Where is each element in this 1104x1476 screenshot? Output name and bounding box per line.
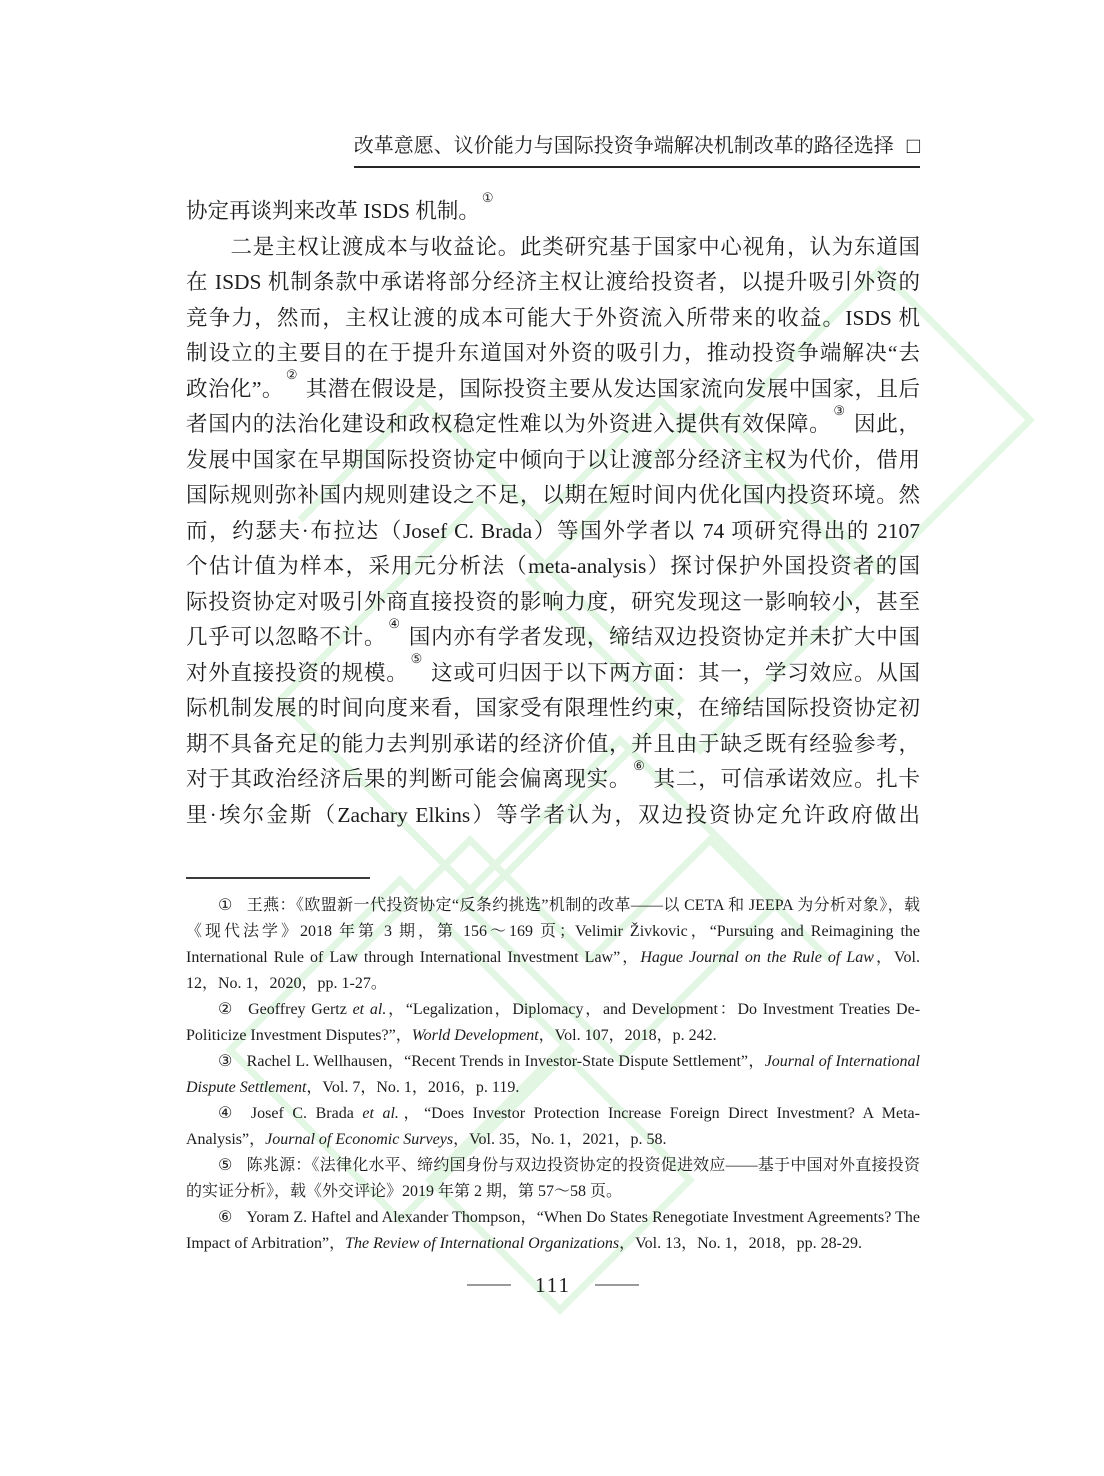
footnote-text-segment: ，Vol. 13，No. 1，2018，pp. 28-29.	[619, 1235, 862, 1252]
footnotes: ①王燕：《欧盟新一代投资协定“反条约挑选”机制的改革——以 CETA 和 JEE…	[186, 893, 920, 1257]
footnote-text-segment: ，Vol. 35，No. 1，2021，p. 58.	[453, 1131, 667, 1148]
footer-dash-right	[595, 1284, 639, 1286]
page-number: 111	[535, 1273, 571, 1297]
body-line: 者国内的法治化建设和政权稳定性难以为外资进入提供有效保障。③ 因此，	[186, 407, 920, 443]
footnote-text-segment: World Development	[412, 1027, 539, 1044]
footnote-ref-superscript: ③	[833, 403, 845, 418]
footnote-number: ⑥	[218, 1209, 232, 1226]
footnote-text-segment: Hague Journal on the Rule of Law	[640, 949, 874, 966]
body-line: 二是主权让渡成本与收益论。此类研究基于国家中心视角，认为东道国	[186, 230, 920, 266]
footer-dash-left	[467, 1284, 511, 1286]
body-line: 际投资协定对吸引外商直接投资的影响力度，研究发现这一影响较小，甚至	[186, 585, 920, 621]
footnote: ⑥Yoram Z. Haftel and Alexander Thompson，…	[186, 1205, 920, 1257]
footnote-number: ④	[218, 1105, 237, 1122]
running-head-rule: 改革意愿、议价能力与国际投资争端解决机制改革的路径选择 □	[354, 132, 920, 168]
body-line: 期不具备充足的能力去判别承诺的经济价值，并且由于缺乏既有经验参考，	[186, 727, 920, 763]
running-head-title: 改革意愿、议价能力与国际投资争端解决机制改革的路径选择	[354, 135, 894, 157]
footnote: ③Rachel L. Wellhausen，“Recent Trends in …	[186, 1049, 920, 1101]
body-line: 竞争力，然而，主权让渡的成本可能大于外资流入所带来的收益。ISDS 机	[186, 301, 920, 337]
footnote-text-segment: 陈兆源：《法律化水平、缔约国身份与双边投资协定的投资促进效应——基于中国对外直接…	[186, 1157, 920, 1200]
footnote-number: ②	[218, 1001, 234, 1018]
footnote-text-segment: Josef C. Brada	[251, 1105, 362, 1122]
footnote: ⑤陈兆源：《法律化水平、缔约国身份与双边投资协定的投资促进效应——基于中国对外直…	[186, 1153, 920, 1205]
body-text: 协定再谈判来改革 ISDS 机制。① 二是主权让渡成本与收益论。此类研究基于国家…	[186, 194, 920, 833]
footnote-ref-superscript: ⑥	[633, 758, 645, 773]
footnote-separator-rule	[186, 877, 370, 879]
body-line: 协定再谈判来改革 ISDS 机制。①	[186, 194, 920, 230]
body-line: 个估计值为样本，采用元分析法（meta-analysis）探讨保护外国投资者的国	[186, 549, 920, 585]
footnote-text-segment: Journal of Economic Surveys	[265, 1131, 453, 1148]
body-line: 国际规则弥补国内规则建设之不足，以期在短时间内优化国内投资环境。然	[186, 478, 920, 514]
document-page: 改革意愿、议价能力与国际投资争端解决机制改革的路径选择 □ 协定再谈判来改革 I…	[0, 0, 1104, 1476]
footnote-text-segment: ，Vol. 7，No. 1，2016，p. 119.	[306, 1079, 519, 1096]
footnote-number: ⑤	[218, 1157, 233, 1174]
body-line: 里·埃尔金斯（Zachary Elkins）等学者认为，双边投资协定允许政府做出	[186, 798, 920, 834]
footnote-text-segment: et al.	[362, 1105, 399, 1122]
page-footer: 111	[186, 1273, 920, 1298]
footnote-number: ③	[218, 1053, 233, 1070]
footnote-text-segment: Rachel L. Wellhausen，“Recent Trends in I…	[247, 1053, 765, 1070]
body-line: 际机制发展的时间向度来看，国家受有限理性约束，在缔结国际投资协定初	[186, 691, 920, 727]
footnote: ②Geoffrey Gertz et al.，“Legalization，Dip…	[186, 997, 920, 1049]
footnote: ①王燕：《欧盟新一代投资协定“反条约挑选”机制的改革——以 CETA 和 JEE…	[186, 893, 920, 997]
footnote-text-segment: ，Vol. 107，2018，p. 242.	[539, 1027, 717, 1044]
footnote-ref-superscript: ⑤	[411, 651, 423, 666]
footnote-ref-superscript: ②	[286, 367, 298, 382]
footnote-number: ①	[218, 897, 233, 914]
body-line: 而，约瑟夫·布拉达（Josef C. Brada）等国外学者以 74 项研究得出…	[186, 514, 920, 550]
section-marker-square: □	[907, 136, 920, 156]
page-content: 改革意愿、议价能力与国际投资争端解决机制改革的路径选择 □ 协定再谈判来改革 I…	[0, 0, 1104, 1298]
footnote-text-segment: Geoffrey Gertz	[248, 1001, 352, 1018]
footnote: ④Josef C. Brada et al.，“Does Investor Pr…	[186, 1101, 920, 1153]
footnote-text-segment: et al.	[353, 1001, 387, 1018]
body-line: 发展中国家在早期国际投资协定中倾向于以让渡部分经济主权为代价，借用	[186, 443, 920, 479]
body-line: 几乎可以忽略不计。④ 国内亦有学者发现，缔结双边投资协定并未扩大中国	[186, 620, 920, 656]
body-line: 在 ISDS 机制条款中承诺将部分经济主权让渡给投资者，以提升吸引外资的	[186, 265, 920, 301]
body-line: 政治化”。② 其潜在假设是，国际投资主要从发达国家流向发展中国家，且后	[186, 372, 920, 408]
running-head: 改革意愿、议价能力与国际投资争端解决机制改革的路径选择 □	[186, 0, 920, 168]
footnote-ref-superscript: ④	[388, 616, 400, 631]
body-line: 对于其政治经济后果的判断可能会偏离现实。⑥ 其二，可信承诺效应。扎卡	[186, 762, 920, 798]
footnote-ref-superscript: ①	[482, 190, 494, 205]
body-line: 对外直接投资的规模。⑤ 这或可归因于以下两方面：其一，学习效应。从国	[186, 656, 920, 692]
footnote-text-segment: The Review of International Organization…	[345, 1235, 619, 1252]
